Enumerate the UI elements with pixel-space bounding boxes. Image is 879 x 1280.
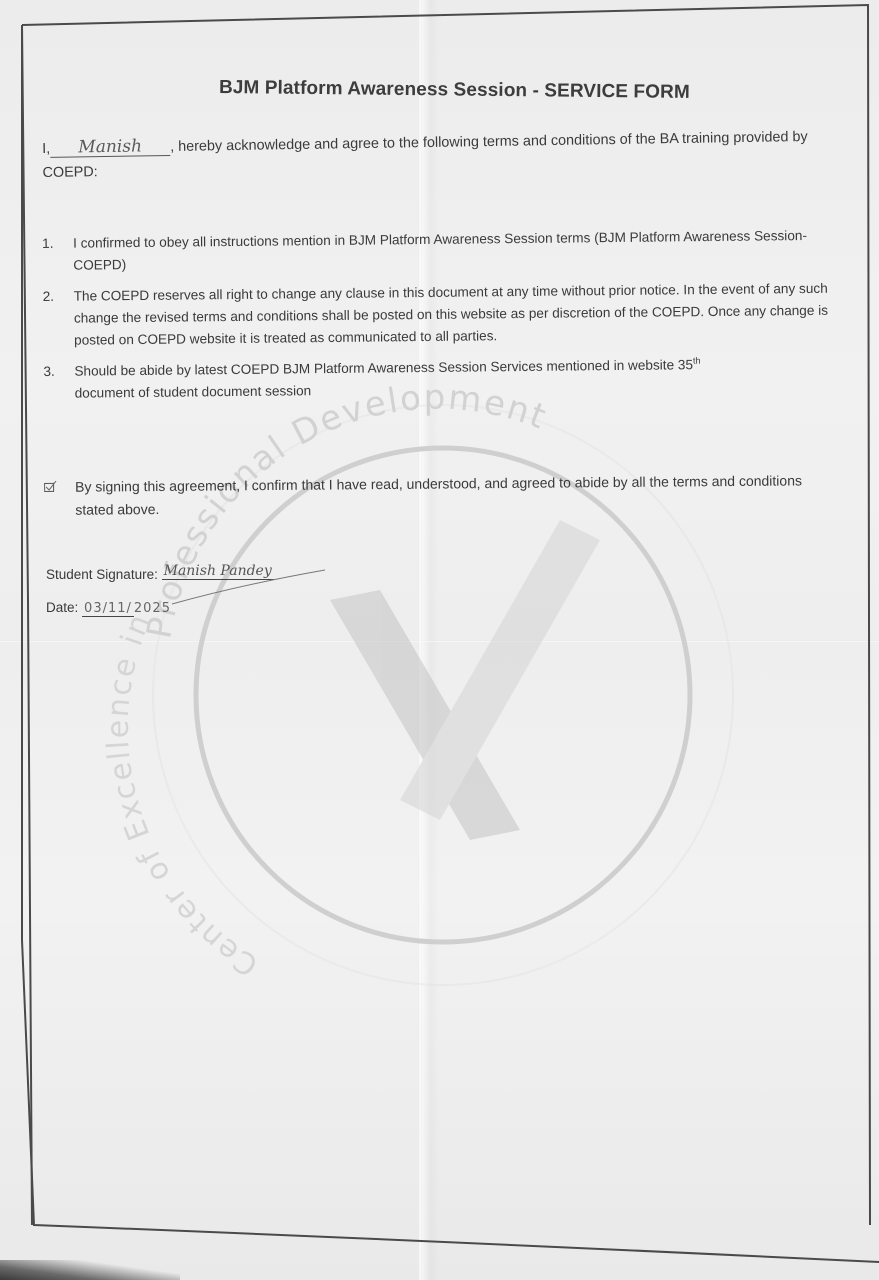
term-number: 2. (43, 286, 55, 308)
student-name-field[interactable]: Manish (50, 138, 170, 158)
signature-label: Student Signature: (46, 567, 158, 582)
term-text: Should be abide by latest COEPD BJM Plat… (74, 357, 693, 378)
signature-row: Student Signature: Manish Pandey (46, 567, 274, 584)
term-superscript: th (693, 356, 701, 366)
term-text: The COEPD reserves all right to change a… (74, 281, 828, 348)
term-item: 2. The COEPD reserves all right to chang… (43, 278, 834, 352)
date-row: Date: 03/11/2025 (46, 600, 171, 617)
page-title: BJM Platform Awareness Session - SERVICE… (219, 77, 690, 104)
document-border (0, 0, 879, 1280)
term-number: 3. (43, 361, 55, 383)
term-item: 3. Should be abide by latest COEPD BJM P… (43, 353, 833, 405)
checked-box-icon[interactable] (44, 481, 57, 493)
agreement-statement: By signing this agreement, I confirm tha… (44, 469, 824, 522)
intro-prefix: I, (42, 141, 50, 157)
date-field[interactable]: 03/11/ (82, 601, 134, 617)
term-text-continued: document of student document session (75, 383, 312, 400)
term-item: 1. I confirmed to obey all instructions … (42, 225, 832, 277)
terms-list: 1. I confirmed to obey all instructions … (42, 225, 834, 414)
agreement-text: By signing this agreement, I confirm tha… (44, 469, 824, 522)
term-text: I confirmed to obey all instructions men… (73, 228, 807, 273)
term-number: 1. (42, 233, 54, 255)
date-year: 2025 (134, 601, 171, 616)
signature-field[interactable]: Manish Pandey (162, 563, 274, 580)
date-label: Date: (46, 600, 78, 615)
page-shadow (0, 1260, 180, 1280)
